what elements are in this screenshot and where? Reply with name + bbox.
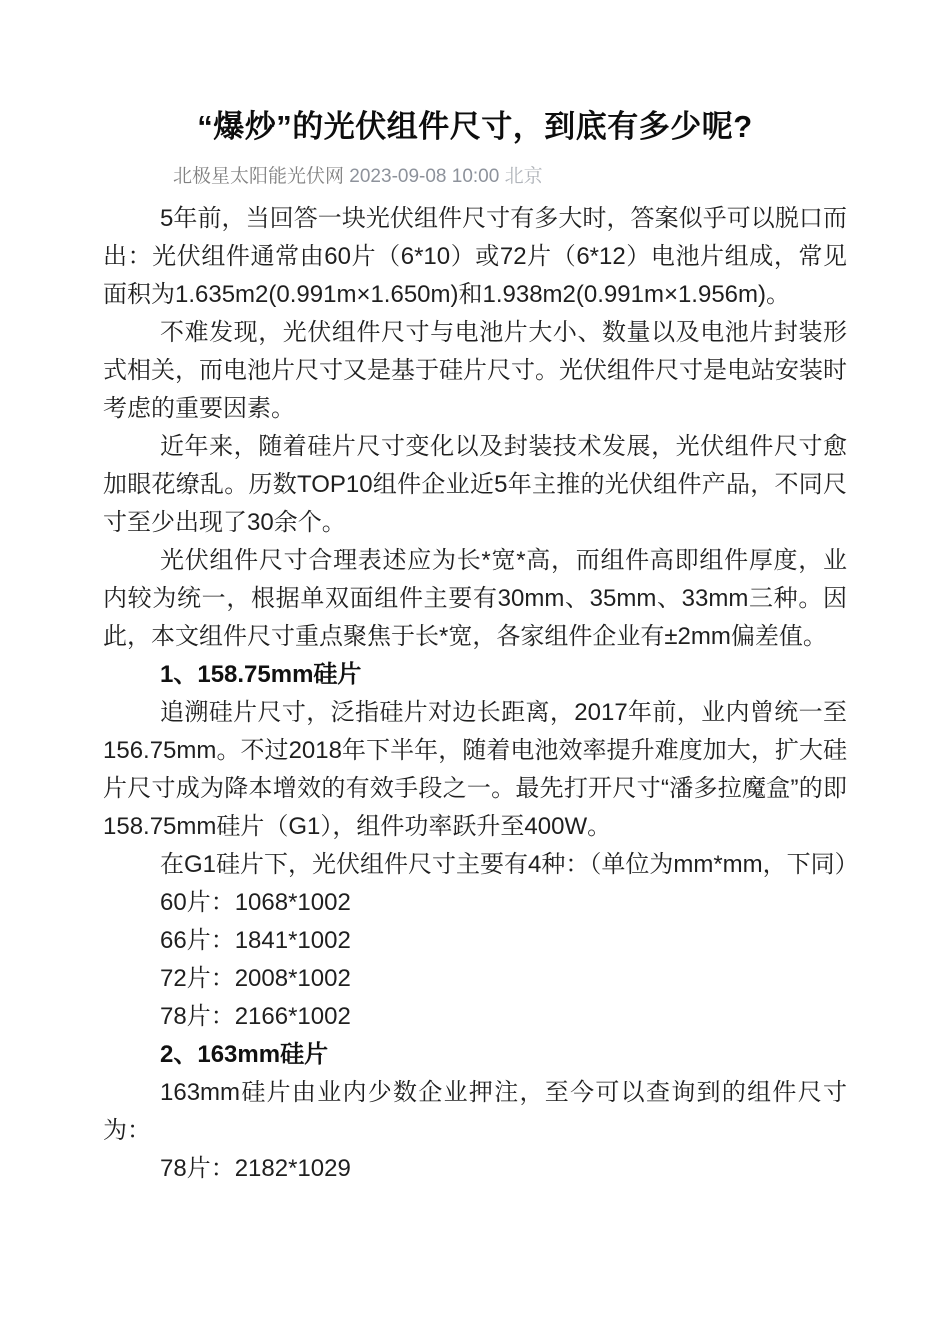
article-body: 5年前，当回答一块光伏组件尺寸有多大时，答案似乎可以脱口而出：光伏组件通常由60… bbox=[103, 200, 847, 1188]
section-heading-158-75mm: 1、158.75mm硅片 bbox=[103, 656, 847, 694]
size-item-66: 66片：1841*1002 bbox=[103, 922, 847, 960]
paragraph: 不难发现，光伏组件尺寸与电池片大小、数量以及电池片封装形式相关，而电池片尺寸又是… bbox=[103, 314, 847, 428]
byline-datetime: 2023-09-08 10:00 bbox=[349, 166, 499, 187]
size-item-78-163: 78片：2182*1029 bbox=[103, 1150, 847, 1188]
paragraph: 追溯硅片尺寸，泛指硅片对边长距离，2017年前，业内曾统一至156.75mm。不… bbox=[103, 694, 847, 846]
paragraph: 近年来，随着硅片尺寸变化以及封装技术发展，光伏组件尺寸愈加眼花缭乱。历数TOP1… bbox=[103, 428, 847, 542]
paragraph: 163mm硅片由业内少数企业押注，至今可以查询到的组件尺寸为： bbox=[103, 1074, 847, 1150]
document-page: “爆炒”的光伏组件尺寸，到底有多少呢? 北极星太阳能光伏网 2023-09-08… bbox=[0, 0, 950, 1344]
article-title: “爆炒”的光伏组件尺寸，到底有多少呢? bbox=[103, 0, 847, 148]
article-content: “爆炒”的光伏组件尺寸，到底有多少呢? 北极星太阳能光伏网 2023-09-08… bbox=[103, 0, 847, 1188]
size-item-60: 60片：1068*1002 bbox=[103, 884, 847, 922]
size-item-72: 72片：2008*1002 bbox=[103, 960, 847, 998]
size-item-78: 78片：2166*1002 bbox=[103, 998, 847, 1036]
section-heading-163mm: 2、163mm硅片 bbox=[103, 1036, 847, 1074]
article-byline: 北极星太阳能光伏网 2023-09-08 10:00 北京 bbox=[173, 164, 847, 190]
paragraph: 5年前，当回答一块光伏组件尺寸有多大时，答案似乎可以脱口而出：光伏组件通常由60… bbox=[103, 200, 847, 314]
paragraph: 光伏组件尺寸合理表述应为长*宽*高，而组件高即组件厚度，业内较为统一，根据单双面… bbox=[103, 542, 847, 656]
byline-location: 北京 bbox=[505, 166, 543, 187]
paragraph: 在G1硅片下，光伏组件尺寸主要有4种：（单位为mm*mm，下同） bbox=[103, 846, 847, 884]
byline-source: 北极星太阳能光伏网 bbox=[173, 166, 344, 187]
